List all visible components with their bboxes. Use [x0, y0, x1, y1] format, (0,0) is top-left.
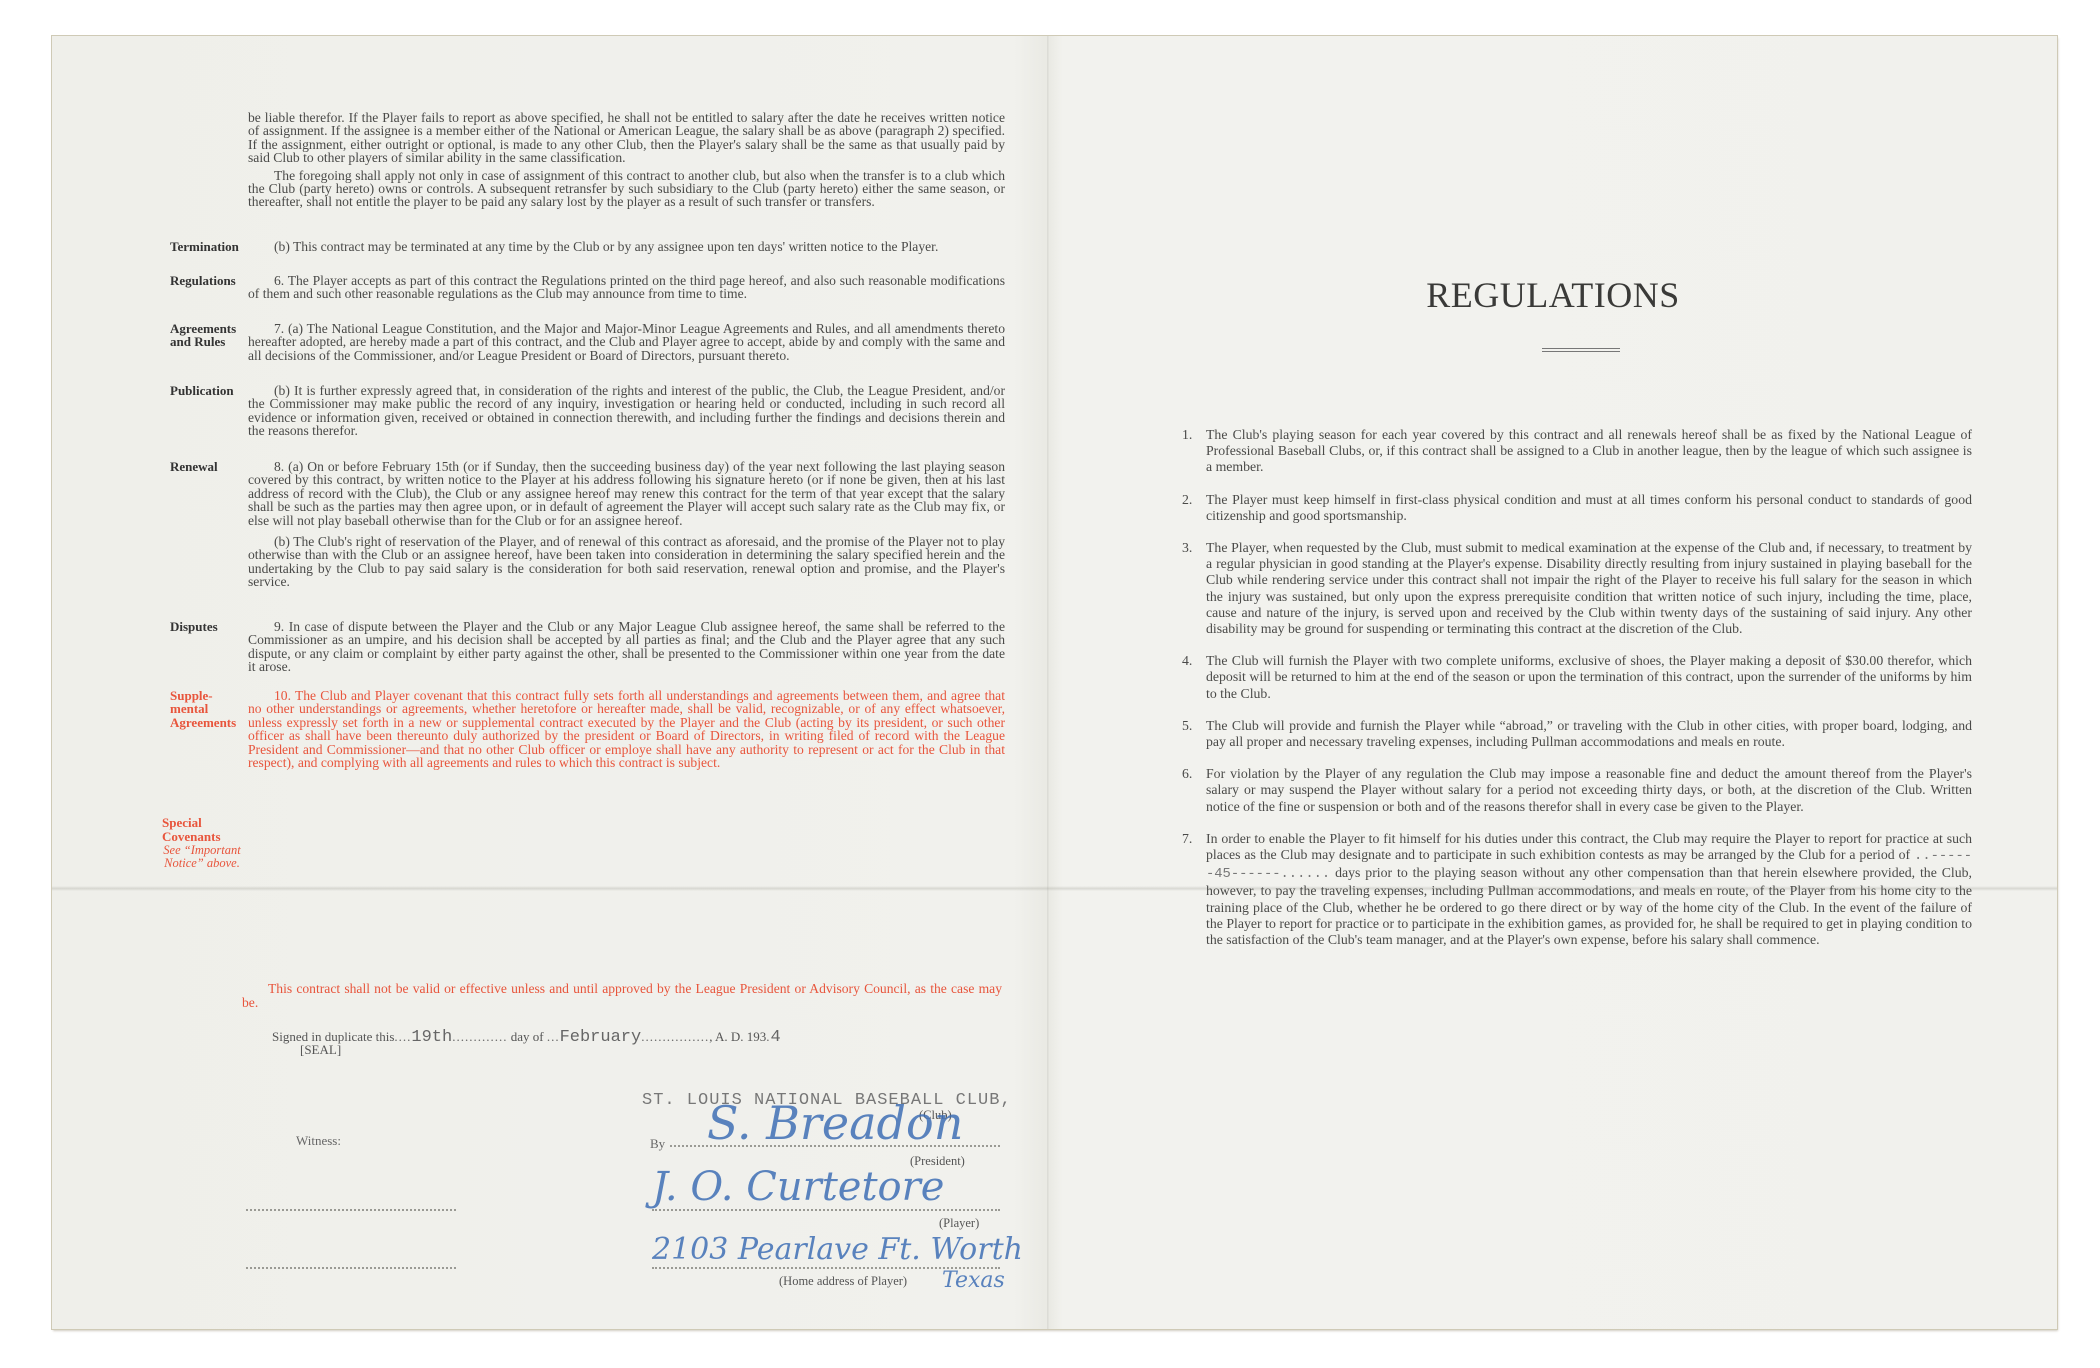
witness-line-1	[246, 1208, 456, 1211]
ad-label: , A. D. 193	[709, 1029, 766, 1044]
regulation-number: 3.	[1182, 540, 1192, 556]
regulation-item: 5. The Club will provide and furnish the…	[1182, 718, 1972, 750]
clause-supplemental-agreements: Supple- mental Agreements 10. The Club a…	[170, 689, 1005, 769]
regulations-list: 1. The Club's playing season for each ye…	[1182, 427, 1972, 964]
clause-text: (b) This contract may be terminated at a…	[248, 240, 1005, 253]
contract-page: be liable therefor. If the Player fails …	[52, 36, 1047, 1329]
margin-label: Agreements and Rules	[170, 322, 240, 349]
validity-notice: This contract shall not be valid or effe…	[242, 982, 1002, 1009]
validity-text: This contract shall not be valid or effe…	[242, 982, 1002, 1009]
clause-text: (b) It is further expressly agreed that,…	[248, 384, 1005, 438]
margin-label: Renewal	[170, 460, 250, 473]
signed-year-digit: 4	[771, 1028, 781, 1047]
signed-day: 19th	[411, 1028, 452, 1047]
clause-regulations: Regulations 6. The Player accepts as par…	[170, 274, 1005, 301]
regulation-item: 6. For violation by the Player of any re…	[1182, 766, 1972, 815]
regulation-number: 1.	[1182, 427, 1192, 443]
assignment-paragraph: be liable therefor. If the Player fails …	[248, 111, 1005, 165]
president-signature: S. Breadon	[707, 1096, 963, 1150]
clause-text: 9. In case of dispute between the Player…	[248, 620, 1005, 674]
margin-label: Termination	[170, 240, 250, 253]
margin-label: Disputes	[170, 620, 250, 633]
regulation-number: 4.	[1182, 653, 1192, 669]
clause-text: 10. The Club and Player covenant that th…	[248, 689, 1005, 769]
regulation-text: The Club's playing season for each year …	[1206, 427, 1972, 474]
regulation-item: 1. The Club's playing season for each ye…	[1182, 427, 1972, 476]
regulation-number: 2.	[1182, 492, 1192, 508]
regulation-item: 4. The Club will furnish the Player with…	[1182, 653, 1972, 702]
witness-label: Witness:	[296, 1133, 341, 1149]
regulation-text: The Club will provide and furnish the Pl…	[1206, 718, 1972, 749]
clause-text: (b) The Club's right of reservation of t…	[248, 535, 1005, 589]
clause-disputes: Disputes 9. In case of dispute between t…	[170, 620, 1005, 674]
clause-assignment-continuation: be liable therefor. If the Player fails …	[170, 111, 1005, 209]
signing-date-line: Signed in duplicate this....19th........…	[272, 1028, 781, 1047]
witness-line-2	[246, 1266, 456, 1269]
clause-termination: Termination (b) This contract may be ter…	[170, 240, 1005, 253]
player-caption: (Player)	[939, 1216, 979, 1231]
seal-label: [SEAL]	[300, 1042, 341, 1058]
player-signature: J. O. Curtetore	[652, 1164, 944, 1210]
by-label: By	[650, 1136, 665, 1152]
regulations-title: REGULATIONS	[1049, 274, 2057, 316]
regulation-item: 7. In order to enable the Player to fit …	[1182, 831, 1972, 948]
regulation-text: In order to enable the Player to fit him…	[1206, 831, 1972, 862]
regulation-text: The Player must keep himself in first-cl…	[1206, 492, 1972, 523]
clause-text: 8. (a) On or before February 15th (or if…	[248, 460, 1005, 527]
special-covenants: Special Covenants See “Important Notice”…	[162, 816, 242, 870]
regulation-item: 3. The Player, when requested by the Clu…	[1182, 540, 1972, 637]
clause-text: 6. The Player accepts as part of this co…	[248, 274, 1005, 301]
home-address-caption: (Home address of Player)	[779, 1274, 907, 1289]
regulation-number: 7.	[1182, 831, 1192, 847]
regulation-number: 6.	[1182, 766, 1192, 782]
clause-text: 7. (a) The National League Constitution,…	[248, 322, 1005, 362]
margin-label: Supple- mental Agreements	[170, 689, 230, 729]
regulation-item: 2. The Player must keep himself in first…	[1182, 492, 1972, 524]
regulation-text: For violation by the Player of any regul…	[1206, 766, 1972, 813]
regulation-text: The Player, when requested by the Club, …	[1206, 540, 1972, 636]
margin-label: Publication	[170, 384, 250, 397]
special-covenants-title: Special Covenants	[162, 816, 242, 844]
regulation-number: 5.	[1182, 718, 1192, 734]
player-home-state: Texas	[942, 1268, 1005, 1293]
clause-publication: Publication (b) It is further expressly …	[170, 384, 1005, 438]
special-covenants-note: See “Important Notice” above.	[162, 844, 242, 870]
clause-agreements-and-rules: Agreements and Rules 7. (a) The National…	[170, 322, 1005, 362]
transfer-paragraph: The foregoing shall apply not only in ca…	[248, 169, 1005, 209]
signed-month: February	[560, 1028, 642, 1047]
regulation-text: The Club will furnish the Player with tw…	[1206, 653, 1972, 700]
day-of-label: day of	[511, 1029, 544, 1044]
margin-label: Regulations	[170, 274, 250, 287]
contract-sheet: be liable therefor. If the Player fails …	[52, 36, 2057, 1329]
regulations-page: REGULATIONS 1. The Club's playing season…	[1049, 36, 2057, 1329]
player-home-address: 2103 Pearlave Ft. Worth	[652, 1232, 1023, 1267]
title-double-rule	[1542, 348, 1620, 352]
clause-renewal: Renewal 8. (a) On or before February 15t…	[170, 460, 1005, 589]
